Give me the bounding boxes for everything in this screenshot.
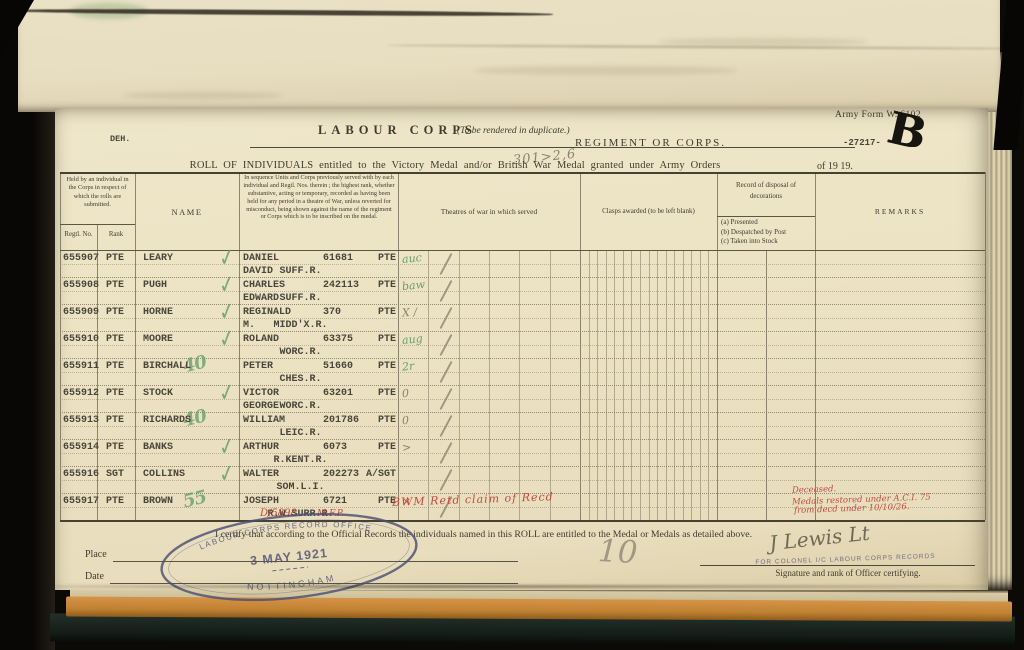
theatre-annotation: aug — [401, 332, 423, 347]
svg-text:NOTTINGHAM: NOTTINGHAM — [246, 572, 338, 594]
theatre-annotation: > — [402, 441, 412, 455]
record-prev-regiment: MIDD'X.R. — [238, 320, 363, 331]
date-label: Date — [85, 571, 104, 582]
photo-background: Army Form W. 6102 DEH. LABOUR CORPS (To … — [0, 0, 1024, 650]
record-row-655908 — [55, 277, 988, 304]
pencil-number: 10 — [597, 533, 638, 571]
record-prev-rank: PTE — [348, 388, 396, 399]
theatre-annotation: baw — [401, 278, 425, 293]
place-label: Place — [85, 549, 107, 560]
record-surname: STOCK — [143, 388, 173, 399]
record-prev-regiment: WORC.R. — [238, 347, 363, 358]
record-regtl-no: 655908 — [63, 280, 99, 291]
record-surname: BANKS — [143, 442, 173, 453]
record-regtl-no: 655913 — [63, 415, 99, 426]
record-prev-regiment: SUFF.R. — [238, 266, 363, 277]
record-rank: PTE — [97, 361, 133, 372]
record-forename: PETER — [243, 361, 273, 372]
record-surname: HORNE — [143, 307, 173, 318]
record-forename: CHARLES — [243, 280, 285, 291]
record-row-655907 — [55, 250, 988, 277]
record-rank: PTE — [97, 496, 133, 507]
bleed-through-ghost — [658, 38, 868, 46]
red-remark-line-1: Deceased. — [792, 484, 837, 496]
record-prev-regiment: CHES.R. — [238, 374, 363, 385]
record-prev-rank: PTE — [348, 415, 396, 426]
theatre-annotation: 2r — [401, 359, 415, 373]
record-forename: ROLAND — [243, 334, 279, 345]
record-prev-rank: PTE — [348, 361, 396, 372]
record-prev-rank: PTE — [348, 253, 396, 264]
record-prev-rank: PTE — [348, 280, 396, 291]
record-forename: REGINALD — [243, 307, 291, 318]
record-prev-number: 370 — [323, 307, 341, 318]
record-row-655909 — [55, 304, 988, 331]
record-prev-rank: PTE — [348, 307, 396, 318]
record-surname: COLLINS — [143, 469, 185, 480]
record-prev-regiment: LEIC.R. — [238, 428, 363, 439]
page-bottom-smudge — [55, 585, 988, 588]
record-rank: PTE — [97, 388, 133, 399]
record-prev-rank: PTE — [348, 334, 396, 345]
previous-page-edge — [18, 0, 1000, 112]
record-row-655914 — [55, 439, 988, 466]
record-forename: ARTHUR — [243, 442, 279, 453]
record-forename: DANIEL — [243, 253, 279, 264]
theatre-annotation: auc — [401, 251, 422, 266]
record-rank: SGT — [97, 469, 133, 480]
signature-caption: Signature and rank of Officer certifying… — [723, 568, 973, 578]
theatre-annotation: 0 — [402, 414, 410, 427]
theatre-annotation: 0 — [402, 387, 410, 400]
record-forename: JOSEPH — [243, 496, 279, 507]
record-prev-number: 6073 — [323, 442, 347, 453]
record-rank: PTE — [97, 442, 133, 453]
record-regtl-no: 655914 — [63, 442, 99, 453]
record-surname: LEARY — [143, 253, 173, 264]
record-surname: BROWN — [143, 496, 173, 507]
record-rank: PTE — [97, 334, 133, 345]
record-forename: WILLIAM — [243, 415, 285, 426]
record-surname: RICHARDS — [143, 415, 191, 426]
record-rank: PTE — [97, 253, 133, 264]
record-rank: PTE — [97, 415, 133, 426]
record-forename: WALTER — [243, 469, 279, 480]
record-surname: PUGH — [143, 280, 167, 291]
record-surname: BIRCHALL — [143, 361, 191, 372]
theatre-annotation: X / — [402, 305, 418, 319]
record-regtl-no: 655910 — [63, 334, 99, 345]
record-prev-rank: PTE — [348, 442, 396, 453]
record-prev-regiment: R.KENT.R. — [238, 455, 363, 466]
bleed-through-ghost — [123, 92, 283, 99]
record-regtl-no: 655911 — [63, 361, 99, 372]
record-regtl-no: 655909 — [63, 307, 99, 318]
record-regtl-no: 655917 — [63, 496, 99, 507]
record-rank: PTE — [97, 280, 133, 291]
record-regtl-no: 655912 — [63, 388, 99, 399]
record-rank: PTE — [97, 307, 133, 318]
record-prev-rank: A/SGT — [348, 469, 396, 480]
record-prev-regiment: SUFF.R. — [238, 293, 363, 304]
record-regtl-no: 655907 — [63, 253, 99, 264]
stamp-arc-top: LABOUR CORPS RECORD OFFICE — [197, 513, 374, 552]
record-regtl-no: 655916 — [63, 469, 99, 480]
record-prev-regiment: SOM.L.I. — [238, 482, 363, 493]
svg-text:LABOUR CORPS RECORD OFFICE: LABOUR CORPS RECORD OFFICE — [197, 513, 374, 552]
stamp-date: 3 MAY 1921 — [249, 546, 328, 568]
green-checkmark: ✓ — [217, 243, 237, 274]
record-prev-regiment: WORC.R. — [238, 401, 363, 412]
stamp-arc-bottom: NOTTINGHAM — [246, 572, 338, 594]
medal-roll-page: Army Form W. 6102 DEH. LABOUR CORPS (To … — [55, 108, 988, 590]
record-forename: VICTOR — [243, 388, 279, 399]
bleed-through-ghost — [473, 66, 738, 75]
record-surname: MOORE — [143, 334, 173, 345]
